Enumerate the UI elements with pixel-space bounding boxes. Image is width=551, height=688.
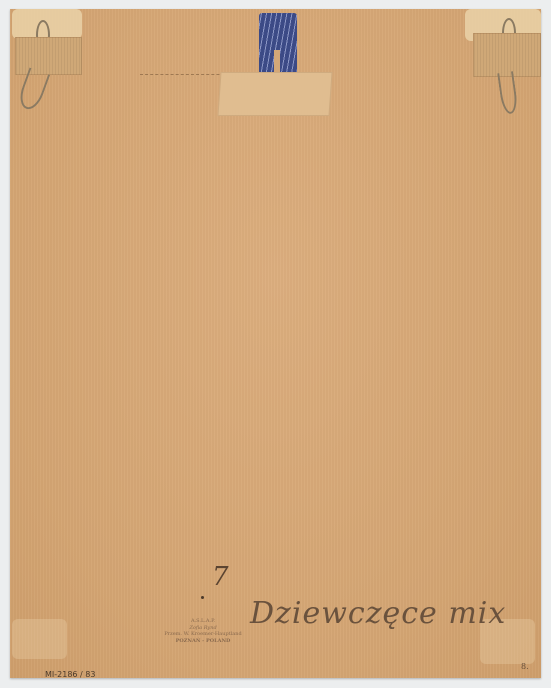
ink-dot [201,596,204,599]
ribbon-gap [274,50,280,73]
worn-patch-bottom-left [12,619,67,659]
handwritten-number: 7 [212,562,229,592]
handwritten-title: Dziewczęce mix [250,596,506,631]
maker-stamp: A.S.L.A.P. Zofia Rynd Przem. W. Kroemer-… [163,618,243,644]
stamp-line-4: POZNAŃ - POLAND [163,638,243,645]
tape-center [217,72,332,116]
corner-mark: 8. [521,662,529,671]
inventory-number: MI-2186 / 83 [45,670,95,679]
tape-left [15,37,82,75]
stamp-line-3: Przem. W. Kroemer-Hauptland [163,631,243,638]
tape-right [473,33,541,77]
